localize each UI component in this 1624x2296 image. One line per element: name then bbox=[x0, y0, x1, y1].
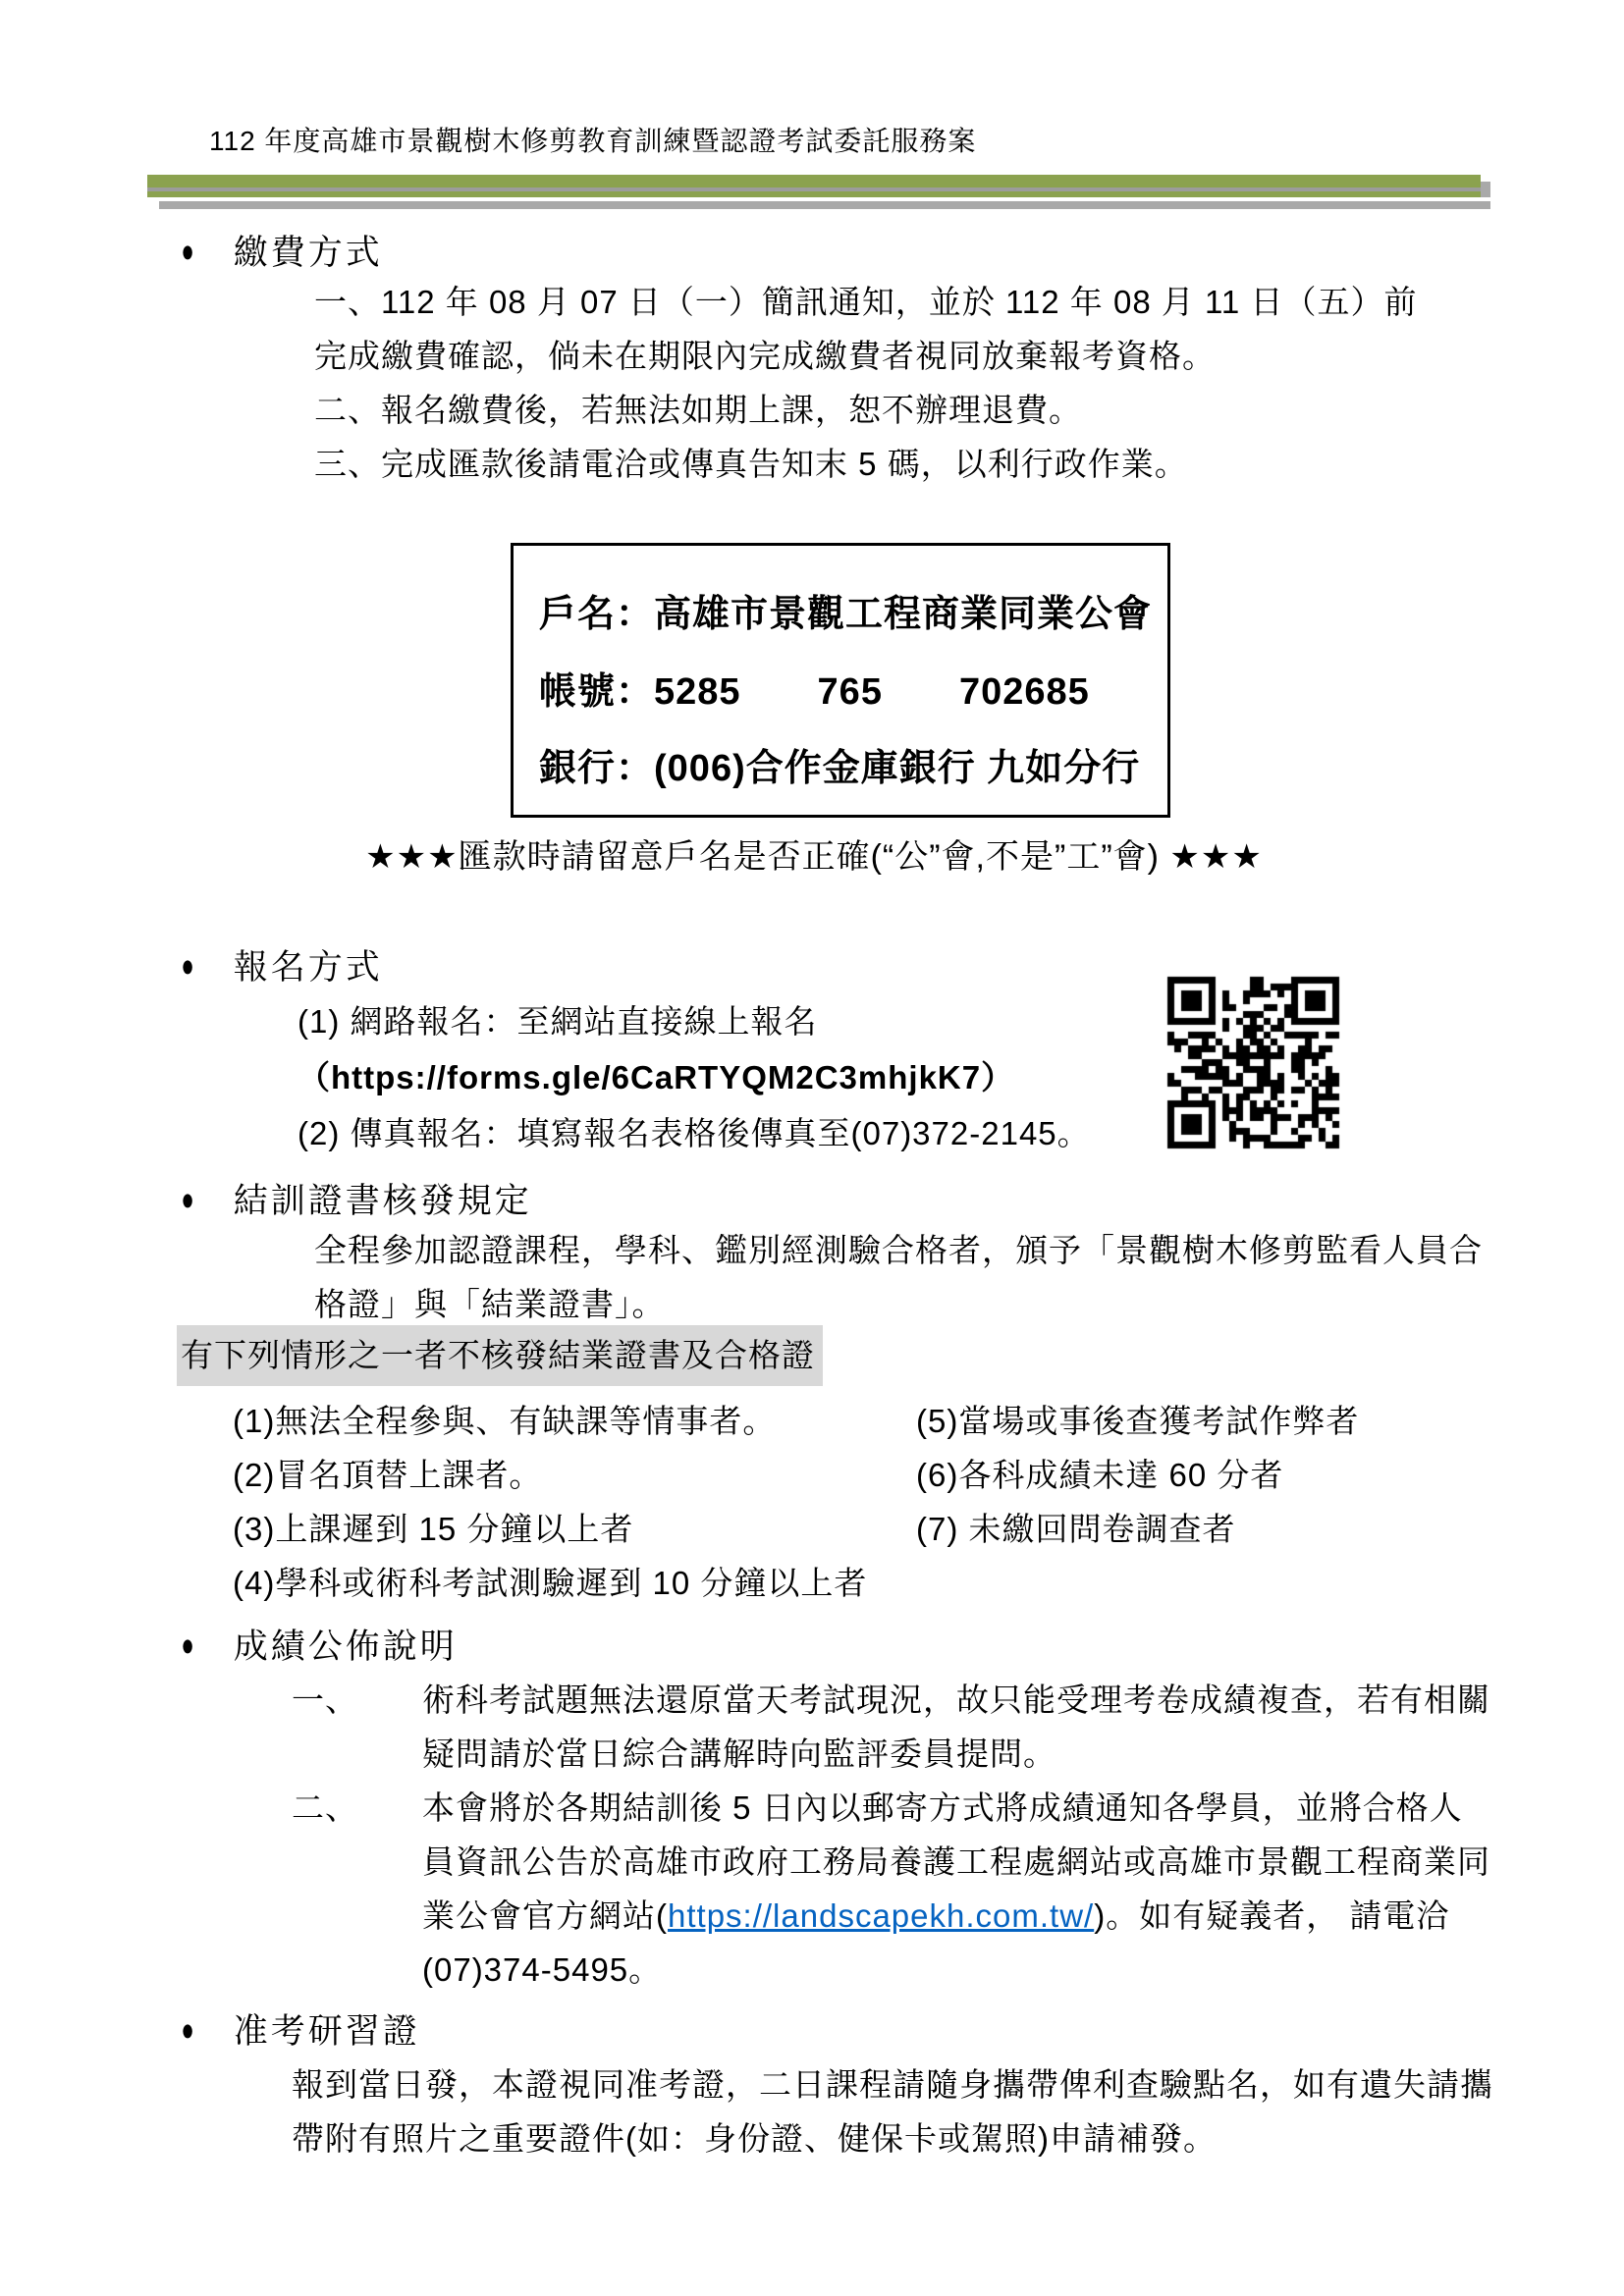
section-heading-results: ● 成績公佈說明 bbox=[180, 1620, 458, 1669]
transfer-warning: ★★★匯款時請留意戶名是否正確(“公”會,不是”工”會) ★★★ bbox=[147, 829, 1481, 878]
account-number-label: 帳號： bbox=[539, 671, 654, 713]
results-item-number: 一、 bbox=[292, 1673, 422, 1781]
results-item-2: 二、 本會將於各期結訓後 5 日內以郵寄方式將成績通知各學員，並將合格人員資訊公… bbox=[292, 1781, 1499, 1997]
denial-condition: (2)冒名頂替上課者。 bbox=[233, 1448, 910, 1502]
bank-account-box: 戶名：高雄市景觀工程商業同業公會 帳號：5285 765 702685 銀行：(… bbox=[511, 543, 1170, 818]
account-name-value: 高雄市景觀工程商業同業公會 bbox=[654, 594, 1152, 635]
denial-condition: (3)上課遲到 15 分鐘以上者 bbox=[233, 1502, 910, 1556]
page-title: 112 年度高雄市景觀樹木修剪教育訓練暨認證考試委託服務案 bbox=[209, 120, 976, 159]
payment-item: 一、112 年 08 月 07 日（一）簡訊通知，並於 112 年 08 月 1… bbox=[314, 275, 1434, 383]
qr-code bbox=[1164, 974, 1342, 1151]
payment-item: 二、報名繳費後，若無法如期上課，恕不辦理退費。 bbox=[314, 383, 1434, 437]
account-number-row: 帳號：5285 765 702685 bbox=[539, 661, 1158, 715]
bank-label: 銀行： bbox=[539, 748, 654, 789]
account-number-value: 5285 765 702685 bbox=[654, 671, 1090, 713]
divider-green-thick bbox=[147, 175, 1481, 187]
bullet-icon: ● bbox=[181, 949, 196, 982]
certificate-denial-highlight: 有下列情形之一者不核發結業證書及合格證 bbox=[177, 1325, 823, 1386]
registration-item-list: (1) 網路報名：至網站直接線上報名 （https://forms.gle/6C… bbox=[298, 993, 1181, 1161]
denial-condition: (4)學科或術科考試測驗遲到 10 分鐘以上者 bbox=[233, 1556, 910, 1610]
results-item-text: 本會將於各期結訓後 5 日內以郵寄方式將成績通知各學員，並將合格人員資訊公告於高… bbox=[422, 1781, 1492, 1997]
results-item-number: 二、 bbox=[292, 1781, 422, 1997]
admission-heading-label: 准考研習證 bbox=[234, 2004, 420, 2054]
section-heading-payment: ● 繳費方式 bbox=[180, 226, 383, 275]
bullet-icon: ● bbox=[181, 1629, 196, 1661]
registration-form-url: （https://forms.gle/6CaRTYQM2C3mhjkK7） bbox=[298, 1049, 1181, 1105]
results-item-text: 術科考試題無法還原當天考試現況，故只能受理考卷成績複查，若有相關疑問請於當日綜合… bbox=[422, 1673, 1492, 1781]
divider-green-thin bbox=[147, 191, 1481, 197]
registration-item-fax: (2) 傳真報名：填寫報名表格後傳真至(07)372-2145。 bbox=[298, 1105, 1181, 1161]
denial-conditions-right: (5)當場或事後查獲考試作弊者 (6)各科成績未達 60 分者 (7) 未繳回問… bbox=[916, 1394, 1505, 1556]
account-name-label: 戶名： bbox=[539, 594, 654, 635]
certificate-body: 全程參加認證課程，學科、鑑別經測驗合格者，頒予「景觀樹木修剪監看人員合格證」與「… bbox=[314, 1223, 1492, 1331]
registration-item-online: (1) 網路報名：至網站直接線上報名 bbox=[298, 993, 1181, 1049]
admission-body: 報到當日發，本證視同准考證，二日課程請隨身攜帶俾利查驗點名，如有遺失請攜帶附有照… bbox=[292, 2057, 1504, 2165]
registration-heading-label: 報名方式 bbox=[234, 940, 383, 989]
bullet-icon: ● bbox=[181, 235, 196, 267]
section-heading-admission: ● 准考研習證 bbox=[180, 2004, 420, 2054]
denial-condition: (6)各科成績未達 60 分者 bbox=[916, 1448, 1505, 1502]
certificate-heading-label: 結訓證書核發規定 bbox=[234, 1174, 532, 1223]
bullet-icon: ● bbox=[181, 2013, 196, 2046]
account-name-row: 戶名：高雄市景觀工程商業同業公會 bbox=[539, 583, 1158, 637]
payment-item: 三、完成匯款後請電洽或傳真告知末 5 碼，以利行政作業。 bbox=[314, 437, 1434, 491]
section-heading-certificate: ● 結訓證書核發規定 bbox=[180, 1174, 532, 1223]
header-divider-bar bbox=[147, 175, 1481, 197]
results-heading-label: 成績公佈說明 bbox=[234, 1620, 458, 1669]
bullet-icon: ● bbox=[181, 1183, 196, 1215]
payment-heading-label: 繳費方式 bbox=[234, 226, 383, 275]
bank-row: 銀行：(006)合作金庫銀行 九如分行 bbox=[539, 737, 1158, 791]
section-heading-registration: ● 報名方式 bbox=[180, 940, 383, 989]
denial-condition: (5)當場或事後查獲考試作弊者 bbox=[916, 1394, 1505, 1448]
payment-item-list: 一、112 年 08 月 07 日（一）簡訊通知，並於 112 年 08 月 1… bbox=[314, 275, 1434, 491]
results-item-list: 一、 術科考試題無法還原當天考試現況，故只能受理考卷成績複查，若有相關疑問請於當… bbox=[292, 1673, 1499, 1997]
landscapekh-link[interactable]: https://landscapekh.com.tw/ bbox=[668, 1897, 1094, 1934]
denial-conditions-left: (1)無法全程參與、有缺課等情事者。 (2)冒名頂替上課者。 (3)上課遲到 1… bbox=[233, 1394, 910, 1610]
bank-value: (006)合作金庫銀行 九如分行 bbox=[654, 748, 1140, 789]
results-item-1: 一、 術科考試題無法還原當天考試現況，故只能受理考卷成績複查，若有相關疑問請於當… bbox=[292, 1673, 1499, 1781]
denial-condition: (7) 未繳回問卷調查者 bbox=[916, 1502, 1505, 1556]
denial-condition: (1)無法全程參與、有缺課等情事者。 bbox=[233, 1394, 910, 1448]
